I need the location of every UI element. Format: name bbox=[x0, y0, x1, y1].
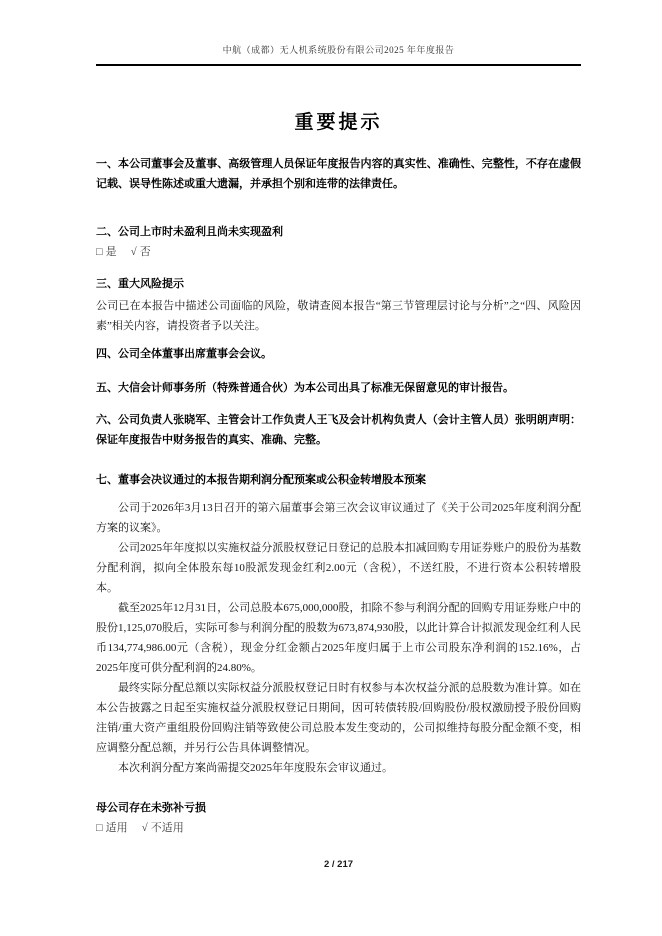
section-5: 五、大信会计师事务所（特殊普通合伙）为本公司出具了标准无保留意见的审计报告。 bbox=[96, 378, 581, 398]
option-yes: □ 是 bbox=[96, 242, 117, 262]
section-8: 母公司存在未弥补亏损 □ 适用 √ 不适用 bbox=[96, 798, 581, 838]
section-2-heading: 二、公司上市时未盈利且尚未实现盈利 bbox=[96, 222, 581, 242]
page-header-text: 中航（成都）无人机系统股份有限公司2025 年年度报告 bbox=[223, 45, 455, 55]
section-1: 一、本公司董事会及董事、高级管理人员保证年度报告内容的真实性、准确性、完整性，不… bbox=[96, 154, 581, 194]
page-number: 2 / 217 bbox=[96, 859, 581, 870]
section-3-heading: 三、重大风险提示 bbox=[96, 274, 581, 294]
section-4-heading: 四、公司全体董事出席董事会会议。 bbox=[96, 344, 581, 364]
page-number-text: 2 / 217 bbox=[324, 859, 353, 870]
section-7-paragraph-2: 公司2025年年度拟以实施权益分派股权登记日登记的总股本扣减回购专用证券账户的股… bbox=[96, 538, 581, 598]
checkbox-unchecked-icon: □ bbox=[96, 242, 103, 262]
section-5-heading: 五、大信会计师事务所（特殊普通合伙）为本公司出具了标准无保留意见的审计报告。 bbox=[96, 378, 581, 398]
section-8-heading: 母公司存在未弥补亏损 bbox=[96, 798, 581, 818]
option-applicable: □ 适用 bbox=[96, 818, 128, 838]
section-6: 六、公司负责人张晓军、主管会计工作负责人王飞及会计机构负责人（会计主管人员）张明… bbox=[96, 410, 581, 450]
option-not-applicable-label: 不适用 bbox=[151, 818, 184, 838]
option-not-applicable: √ 不适用 bbox=[142, 818, 184, 838]
checkmark-icon: √ bbox=[131, 242, 137, 262]
section-7-heading: 七、董事会决议通过的本报告期利润分配预案或公积金转增股本预案 bbox=[96, 470, 581, 490]
section-7-paragraph-4: 最终实际分配总额以实际权益分派股权登记日时有权参与本次权益分派的总股数为准计算。… bbox=[96, 678, 581, 758]
checkmark-icon: √ bbox=[142, 818, 148, 838]
section-7-paragraph-3: 截至2025年12月31日，公司总股本675,000,000股，扣除不参与利润分… bbox=[96, 598, 581, 678]
page-header: 中航（成都）无人机系统股份有限公司2025 年年度报告 bbox=[96, 0, 581, 56]
section-4: 四、公司全体董事出席董事会会议。 bbox=[96, 344, 581, 364]
page-title: 重要提示 bbox=[96, 110, 581, 136]
option-yes-label: 是 bbox=[106, 242, 117, 262]
section-8-checkbox-line: □ 适用 √ 不适用 bbox=[96, 818, 581, 838]
section-2: 二、公司上市时未盈利且尚未实现盈利 □ 是 √ 否 bbox=[96, 222, 581, 262]
option-no: √ 否 bbox=[131, 242, 151, 262]
section-7-paragraph-5: 本次利润分配方案尚需提交2025年年度股东会审议通过。 bbox=[96, 758, 581, 778]
document-page: 中航（成都）无人机系统股份有限公司2025 年年度报告 重要提示 一、本公司董事… bbox=[0, 0, 662, 936]
section-3: 三、重大风险提示 公司已在本报告中描述公司面临的风险，敬请查阅本报告“第三节管理… bbox=[96, 274, 581, 336]
section-7-paragraph-1: 公司于2026年3月13日召开的第六届董事会第三次会议审议通过了《关于公司202… bbox=[96, 498, 581, 538]
section-3-body: 公司已在本报告中描述公司面临的风险，敬请查阅本报告“第三节管理层讨论与分析”之“… bbox=[96, 296, 581, 336]
checkbox-unchecked-icon: □ bbox=[96, 818, 103, 838]
header-divider-line bbox=[96, 64, 581, 66]
section-7: 七、董事会决议通过的本报告期利润分配预案或公积金转增股本预案 公司于2026年3… bbox=[96, 470, 581, 778]
section-2-checkbox-line: □ 是 √ 否 bbox=[96, 242, 581, 262]
section-6-heading: 六、公司负责人张晓军、主管会计工作负责人王飞及会计机构负责人（会计主管人员）张明… bbox=[96, 410, 581, 450]
option-no-label: 否 bbox=[140, 242, 151, 262]
option-applicable-label: 适用 bbox=[106, 818, 128, 838]
section-1-heading: 一、本公司董事会及董事、高级管理人员保证年度报告内容的真实性、准确性、完整性，不… bbox=[96, 154, 581, 194]
